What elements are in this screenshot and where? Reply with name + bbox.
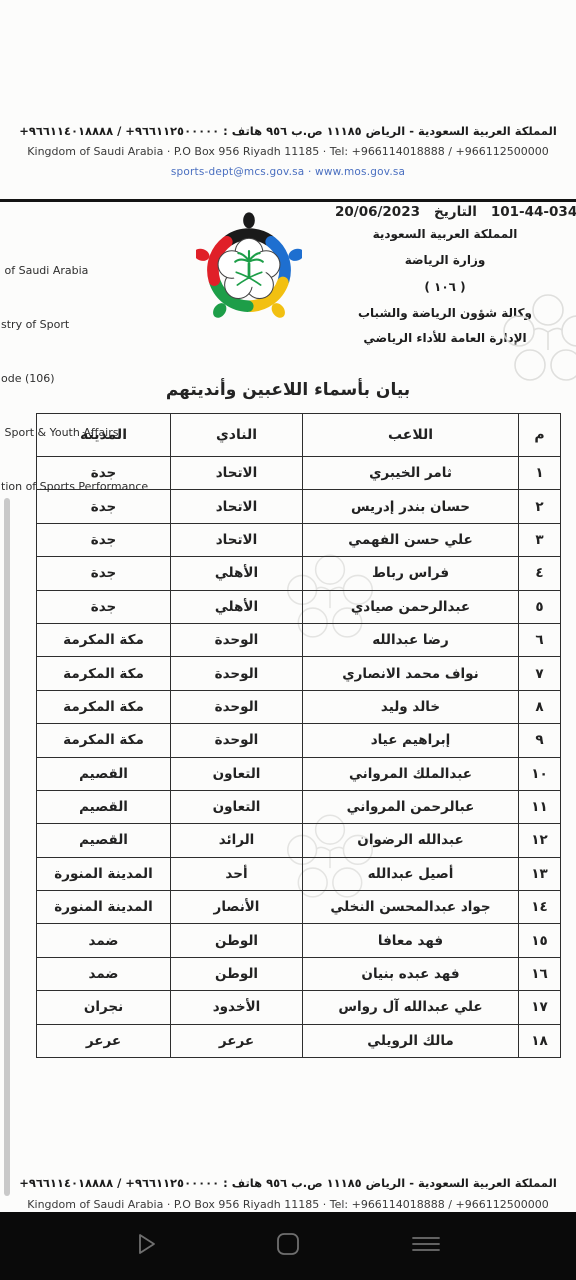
android-nav-bar bbox=[0, 1212, 576, 1280]
home-icon[interactable] bbox=[274, 1230, 302, 1262]
date-reference-row: 20/06/2023 التاريخ 101-44-03496 bbox=[335, 204, 576, 220]
ministry-of-sport-logo-icon bbox=[196, 210, 302, 324]
column-header-city: المدينة bbox=[37, 414, 171, 457]
club-cell: الوحدة bbox=[171, 657, 303, 690]
players-table: م اللاعب النادي المدينة ١ ثامر الخيبري ا… bbox=[36, 413, 560, 1058]
letterhead-kingdom-en: of Saudi Arabia bbox=[1, 262, 148, 280]
city-cell: القصيم bbox=[37, 790, 171, 823]
club-cell: الوطن bbox=[171, 957, 303, 990]
club-cell: التعاون bbox=[171, 757, 303, 790]
letterhead-kingdom-ar: المملكة العربية السعودية bbox=[330, 222, 560, 247]
date-value: 20/06/2023 bbox=[335, 204, 420, 220]
city-cell: ضمد bbox=[37, 924, 171, 957]
column-header-player: اللاعب bbox=[303, 414, 519, 457]
contact-links[interactable]: sports-dept@mcs.gov.sa · www.mos.gov.sa bbox=[0, 166, 576, 178]
table-row: ١١ عبالرحمن المرواني التعاون القصيم bbox=[37, 790, 561, 823]
table-row: ٣ علي حسن الفهمي الاتحاد جدة bbox=[37, 523, 561, 556]
player-name-cell: رضا عبدالله bbox=[303, 623, 519, 656]
city-cell: مكة المكرمة bbox=[37, 623, 171, 656]
footer-address-english: Kingdom of Saudi Arabia · P.O Box 956 Ri… bbox=[0, 1198, 576, 1211]
footer-address-arabic: المملكة العربية السعودية - الرياض ١١١٨٥ … bbox=[0, 1176, 576, 1190]
player-name-cell: جواد عبدالمحسن النخلي bbox=[303, 891, 519, 924]
table-row: ٢ حسان بندر إدريس الاتحاد جدة bbox=[37, 490, 561, 523]
date-label: التاريخ bbox=[434, 204, 477, 220]
table-row: ١٠ عبدالملك المرواني التعاون القصيم bbox=[37, 757, 561, 790]
city-cell: القصيم bbox=[37, 757, 171, 790]
city-cell: جدة bbox=[37, 490, 171, 523]
column-header-no: م bbox=[519, 414, 561, 457]
player-name-cell: فهد عبده بنيان bbox=[303, 957, 519, 990]
table-row: ٤ فراس رباط الأهلي جدة bbox=[37, 557, 561, 590]
player-name-cell: فراس رباط bbox=[303, 557, 519, 590]
city-cell: ضمد bbox=[37, 957, 171, 990]
top-address-arabic: المملكة العربية السعودية - الرياض ١١١٨٥ … bbox=[0, 124, 576, 138]
table-row: ٦ رضا عبدالله الوحدة مكة المكرمة bbox=[37, 623, 561, 656]
table-row: ٩ إبراهيم عياد الوحدة مكة المكرمة bbox=[37, 724, 561, 757]
club-cell: الأنصار bbox=[171, 891, 303, 924]
back-icon[interactable] bbox=[131, 1230, 159, 1262]
player-name-cell: عبدالله الرضوان bbox=[303, 824, 519, 857]
column-header-club: النادي bbox=[171, 414, 303, 457]
city-cell: المدينة المنورة bbox=[37, 857, 171, 890]
player-name-cell: علي عبدالله آل رواس bbox=[303, 991, 519, 1024]
row-number-cell: ٥ bbox=[519, 590, 561, 623]
player-name-cell: علي حسن الفهمي bbox=[303, 523, 519, 556]
club-cell: الاتحاد bbox=[171, 490, 303, 523]
top-address-english: Kingdom of Saudi Arabia · P.O Box 956 Ri… bbox=[0, 145, 576, 158]
row-number-cell: ٢ bbox=[519, 490, 561, 523]
letterhead-ministry-ar: وزارة الرياضة bbox=[330, 247, 560, 274]
phone-screen: المملكة العربية السعودية - الرياض ١١١٨٥ … bbox=[0, 0, 576, 1280]
table-row: ١٢ عبدالله الرضوان الرائد القصيم bbox=[37, 824, 561, 857]
table-header-row: م اللاعب النادي المدينة bbox=[37, 414, 561, 457]
city-cell: مكة المكرمة bbox=[37, 690, 171, 723]
player-name-cell: ثامر الخيبري bbox=[303, 457, 519, 490]
city-cell: القصيم bbox=[37, 824, 171, 857]
club-cell: الأهلي bbox=[171, 557, 303, 590]
row-number-cell: ٤ bbox=[519, 557, 561, 590]
row-number-cell: ٧ bbox=[519, 657, 561, 690]
player-name-cell: عبدالرحمن صيادي bbox=[303, 590, 519, 623]
player-name-cell: نواف محمد الانصاري bbox=[303, 657, 519, 690]
row-number-cell: ١٨ bbox=[519, 1024, 561, 1057]
club-cell: الاتحاد bbox=[171, 457, 303, 490]
city-cell: عرعر bbox=[37, 1024, 171, 1057]
table-row: ١٦ فهد عبده بنيان الوطن ضمد bbox=[37, 957, 561, 990]
player-name-cell: عبدالملك المرواني bbox=[303, 757, 519, 790]
page-title: بيان بأسماء اللاعبين وأنديتهم bbox=[0, 380, 576, 400]
table-row: ١٥ فهد معافا الوطن ضمد bbox=[37, 924, 561, 957]
club-cell: الوحدة bbox=[171, 724, 303, 757]
club-cell: عرعر bbox=[171, 1024, 303, 1057]
club-cell: الوحدة bbox=[171, 623, 303, 656]
city-cell: جدة bbox=[37, 590, 171, 623]
row-number-cell: ١٢ bbox=[519, 824, 561, 857]
footer-letterhead-address: المملكة العربية السعودية - الرياض ١١١٨٥ … bbox=[0, 1176, 576, 1211]
row-number-cell: ٦ bbox=[519, 623, 561, 656]
header-divider-line bbox=[0, 199, 576, 202]
table-row: ١٨ مالك الرويلي عرعر عرعر bbox=[37, 1024, 561, 1057]
club-cell: الأخدود bbox=[171, 991, 303, 1024]
club-cell: الوحدة bbox=[171, 690, 303, 723]
row-number-cell: ٩ bbox=[519, 724, 561, 757]
city-cell: جدة bbox=[37, 557, 171, 590]
club-cell: التعاون bbox=[171, 790, 303, 823]
watermark-flower-icon bbox=[498, 292, 576, 391]
row-number-cell: ١٥ bbox=[519, 924, 561, 957]
table-row: ١٤ جواد عبدالمحسن النخلي الأنصار المدينة… bbox=[37, 891, 561, 924]
row-number-cell: ١ bbox=[519, 457, 561, 490]
row-number-cell: ٣ bbox=[519, 523, 561, 556]
letterhead-ministry-en: stry of Sport bbox=[1, 316, 148, 334]
table-row: ١ ثامر الخيبري الاتحاد جدة bbox=[37, 457, 561, 490]
reference-number: 101-44-03496 bbox=[491, 204, 576, 220]
club-cell: الاتحاد bbox=[171, 523, 303, 556]
top-letterhead-address: المملكة العربية السعودية - الرياض ١١١٨٥ … bbox=[0, 124, 576, 178]
city-cell: المدينة المنورة bbox=[37, 891, 171, 924]
row-number-cell: ١٤ bbox=[519, 891, 561, 924]
player-name-cell: مالك الرويلي bbox=[303, 1024, 519, 1057]
table-row: ٧ نواف محمد الانصاري الوحدة مكة المكرمة bbox=[37, 657, 561, 690]
table-row: ٨ خالد وليد الوحدة مكة المكرمة bbox=[37, 690, 561, 723]
player-name-cell: عبالرحمن المرواني bbox=[303, 790, 519, 823]
club-cell: أحد bbox=[171, 857, 303, 890]
table-row: ١٣ أصيل عبدالله أحد المدينة المنورة bbox=[37, 857, 561, 890]
row-number-cell: ١٠ bbox=[519, 757, 561, 790]
club-cell: الأهلي bbox=[171, 590, 303, 623]
player-name-cell: خالد وليد bbox=[303, 690, 519, 723]
city-cell: مكة المكرمة bbox=[37, 657, 171, 690]
row-number-cell: ١٣ bbox=[519, 857, 561, 890]
row-number-cell: ١٧ bbox=[519, 991, 561, 1024]
club-cell: الرائد bbox=[171, 824, 303, 857]
recent-apps-icon[interactable] bbox=[410, 1230, 442, 1262]
player-name-cell: حسان بندر إدريس bbox=[303, 490, 519, 523]
city-cell: مكة المكرمة bbox=[37, 724, 171, 757]
row-number-cell: ١٦ bbox=[519, 957, 561, 990]
city-cell: جدة bbox=[37, 457, 171, 490]
club-cell: الوطن bbox=[171, 924, 303, 957]
table-row: ٥ عبدالرحمن صيادي الأهلي جدة bbox=[37, 590, 561, 623]
player-name-cell: أصيل عبدالله bbox=[303, 857, 519, 890]
city-cell: جدة bbox=[37, 523, 171, 556]
player-name-cell: إبراهيم عياد bbox=[303, 724, 519, 757]
player-name-cell: فهد معافا bbox=[303, 924, 519, 957]
table-row: ١٧ علي عبدالله آل رواس الأخدود نجران bbox=[37, 991, 561, 1024]
row-number-cell: ٨ bbox=[519, 690, 561, 723]
scrollbar[interactable] bbox=[4, 498, 10, 1196]
row-number-cell: ١١ bbox=[519, 790, 561, 823]
city-cell: نجران bbox=[37, 991, 171, 1024]
